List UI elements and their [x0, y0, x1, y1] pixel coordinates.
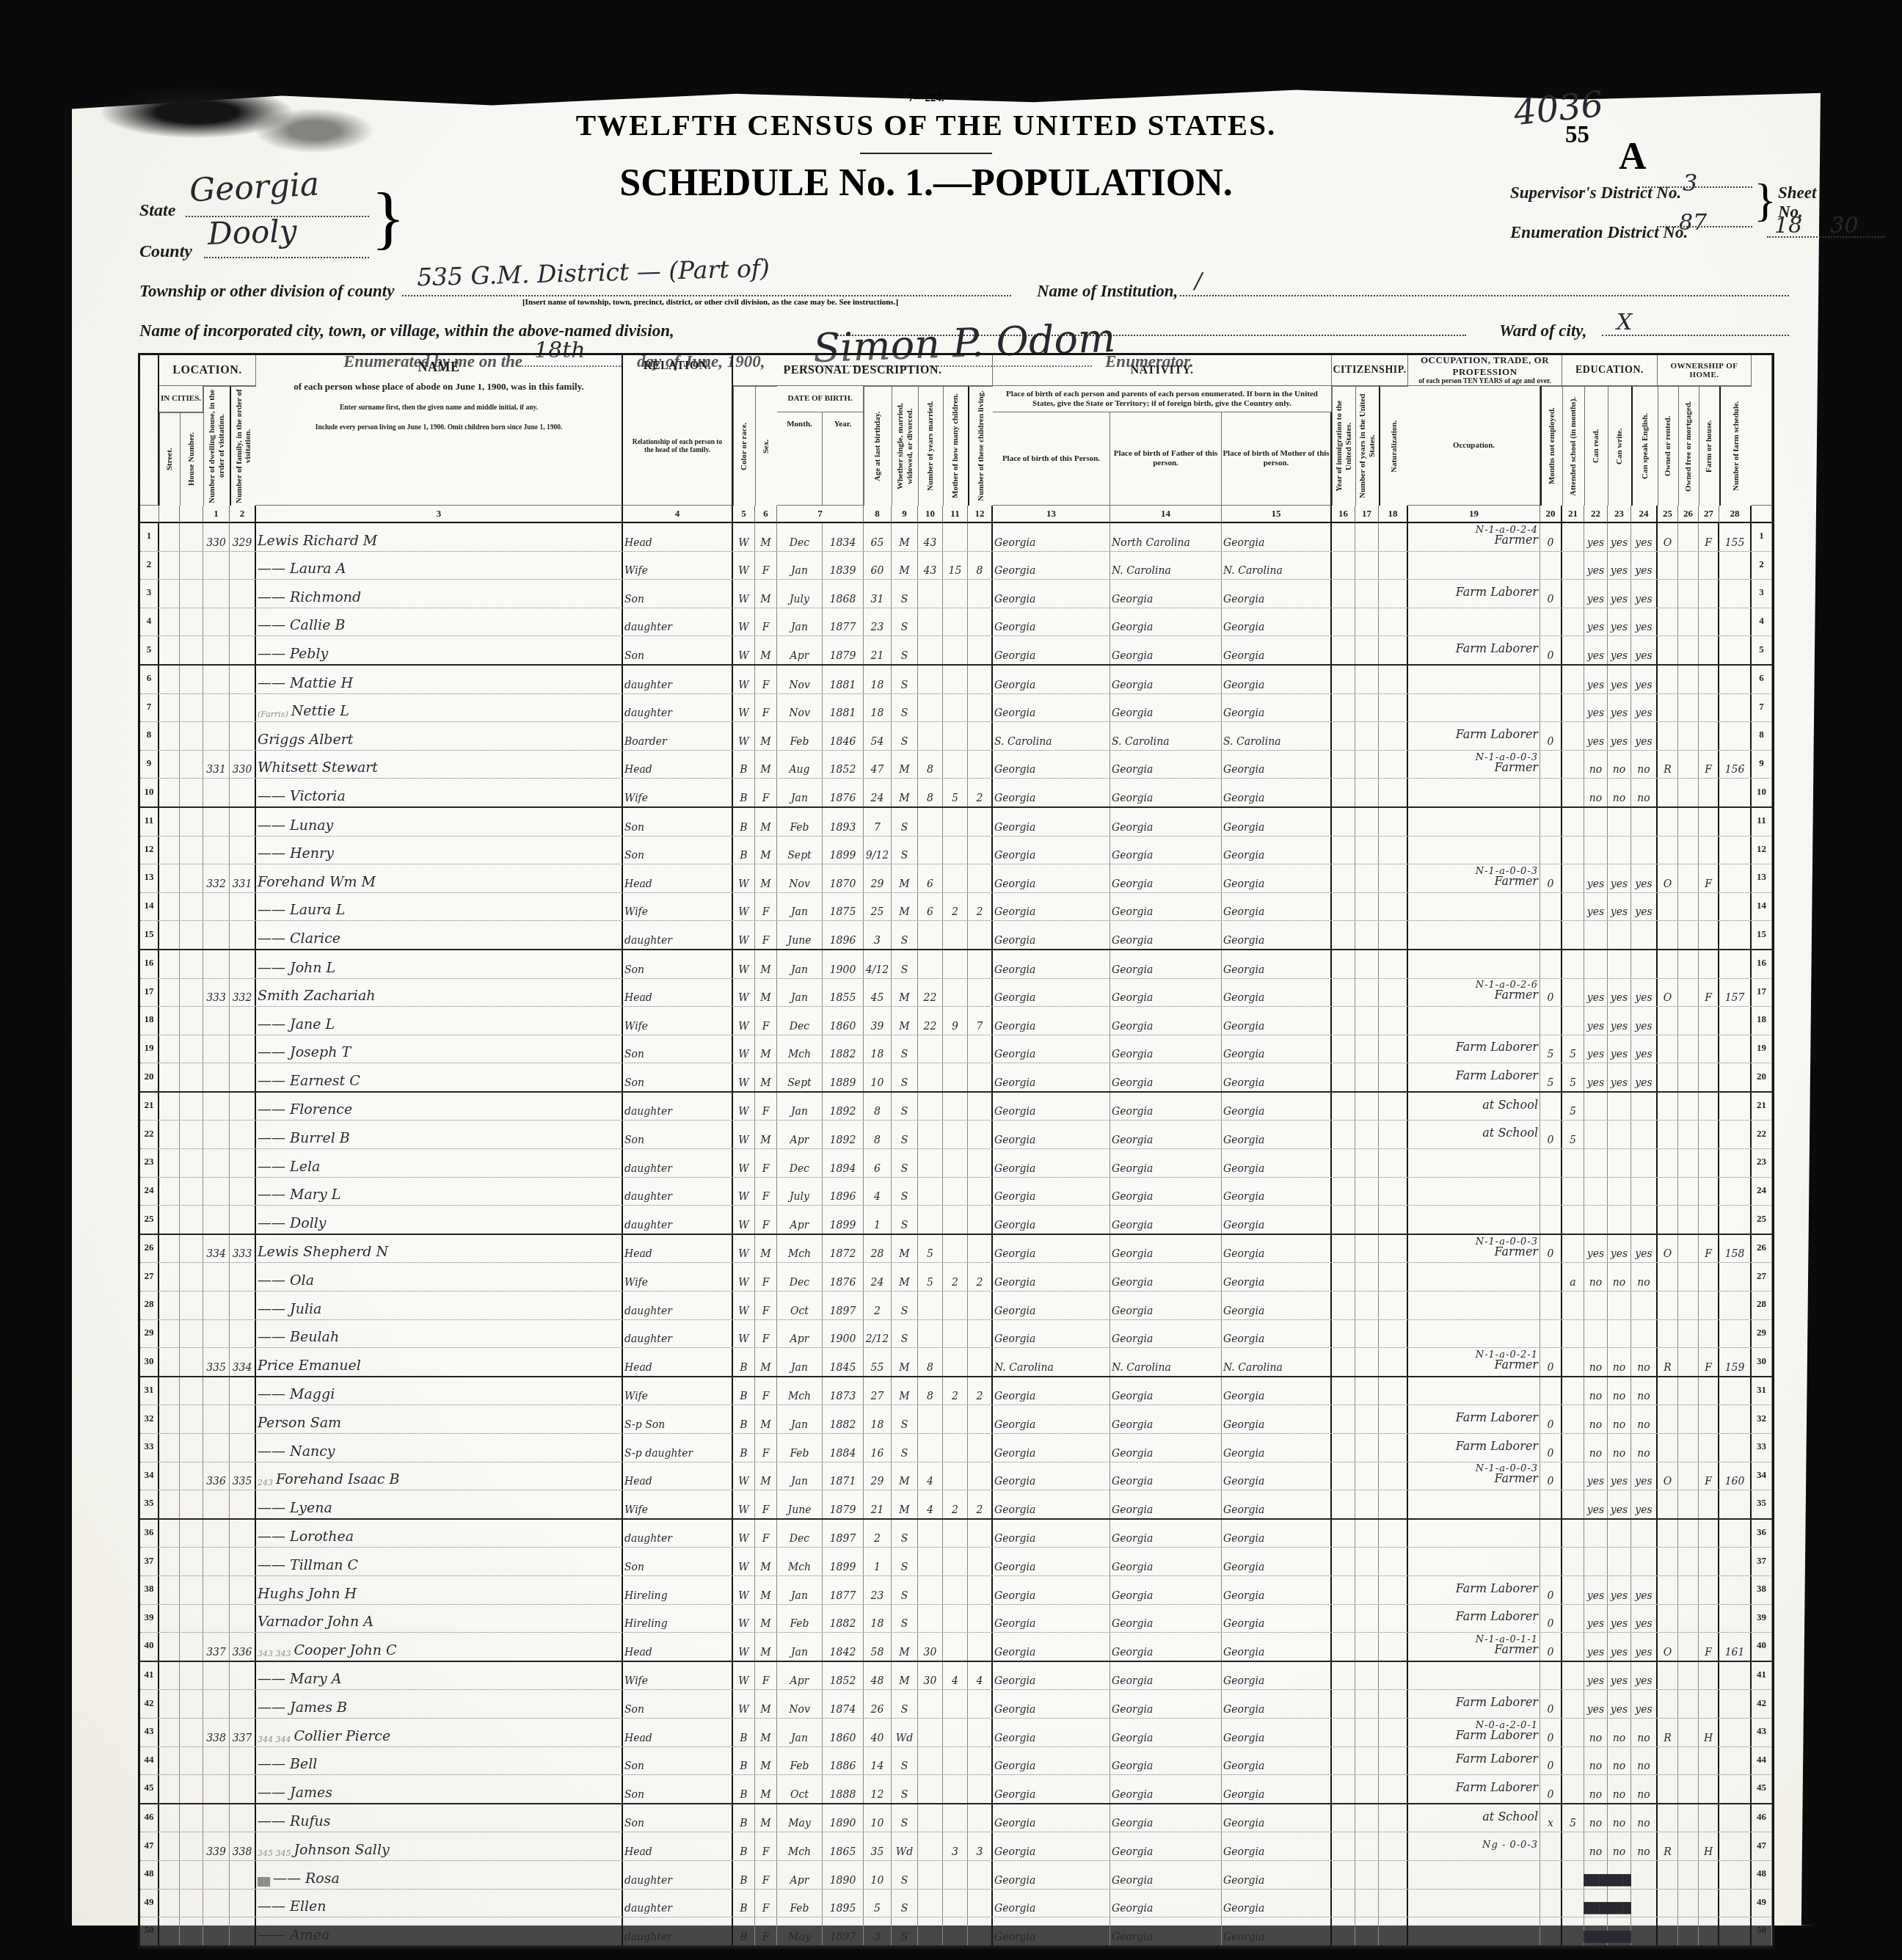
- cell-can-write: no: [1608, 779, 1631, 806]
- cell-age: 47: [864, 751, 892, 779]
- cell-mother-of-children: 4: [943, 1662, 968, 1690]
- line-number-right: 31: [1752, 1377, 1772, 1405]
- cell-can-read: [1584, 1292, 1608, 1319]
- cell-age: 18: [864, 666, 892, 693]
- cell-family-number: [230, 779, 256, 806]
- cell-farm-schedule: [1719, 893, 1752, 921]
- cell-can-write: [1608, 837, 1631, 864]
- person-name: Collier Pierce: [294, 1730, 391, 1744]
- cell-attended-school: [1562, 1605, 1584, 1633]
- cell-months-not-employed: 0: [1540, 1605, 1562, 1633]
- cell-farm-schedule: 156: [1719, 751, 1752, 779]
- cell-house-number: [180, 1206, 203, 1234]
- cell-house-number: [180, 552, 203, 580]
- cell-marital-status: S: [892, 694, 918, 722]
- cell-father-birthplace: Georgia: [1110, 1292, 1222, 1319]
- cell-can-write: [1608, 1178, 1631, 1206]
- cell-color: W: [733, 1035, 755, 1063]
- cell-dwelling-number: 333: [203, 979, 230, 1007]
- cell-relation: daughter: [623, 1917, 733, 1945]
- cell-house-number: [180, 779, 203, 806]
- cell-dwelling-number: [203, 1576, 230, 1604]
- cell-father-birthplace: Georgia: [1110, 1035, 1222, 1063]
- cell-family-number: [230, 1063, 256, 1091]
- cell-years-in-us: [1355, 608, 1379, 636]
- line-number-left: 50: [140, 1917, 159, 1945]
- cell-relation: daughter: [623, 1206, 733, 1234]
- cell-birth-month: Nov: [777, 864, 823, 892]
- cell-can-write: yes: [1608, 893, 1631, 921]
- cell-owned-rented: [1658, 921, 1678, 949]
- cell-months-not-employed: [1540, 1178, 1562, 1206]
- cell-farm-schedule: 155: [1719, 523, 1752, 551]
- cell-occupation: N-1-a-0-2-6Farmer: [1408, 979, 1540, 1007]
- census-scan-page: 7—224. TWELFTH CENSUS OF THE UNITED STAT…: [72, 79, 1821, 1926]
- cell-immigration-year: [1332, 1093, 1355, 1121]
- cell-can-speak-english: no: [1631, 1377, 1658, 1405]
- cell-relation: Hireling: [623, 1605, 733, 1633]
- cell-attended-school: [1562, 893, 1584, 921]
- cell-months-not-employed: 0: [1540, 1462, 1562, 1490]
- cell-birthplace: Georgia: [993, 751, 1110, 779]
- cell-can-speak-english: yes: [1631, 1035, 1658, 1063]
- cell-family-number: [230, 1917, 256, 1945]
- cell-house-number: [180, 1320, 203, 1348]
- page-title: TWELFTH CENSUS OF THE UNITED STATES.: [559, 107, 1293, 142]
- cell-years-in-us: [1355, 1377, 1379, 1405]
- cell-street: [159, 694, 180, 722]
- cell-birth-month: Dec: [777, 1149, 823, 1177]
- cell-occupation: [1408, 1662, 1540, 1690]
- cell-farm-house: F: [1699, 979, 1719, 1007]
- cell-family-number: [230, 1861, 256, 1889]
- marital-header: Whether single, married, widowed, or div…: [892, 386, 918, 506]
- cell-naturalization: [1379, 1775, 1408, 1803]
- cell-street: [159, 1633, 180, 1661]
- scan-artifact: [255, 109, 373, 153]
- cell-family-number: 333: [230, 1235, 256, 1263]
- cell-farm-house: [1699, 1263, 1719, 1291]
- cell-father-birthplace: Georgia: [1110, 1917, 1222, 1945]
- cell-immigration-year: [1332, 1462, 1355, 1490]
- cell-years-married: 30: [918, 1662, 943, 1690]
- cell-children-living: [968, 1292, 993, 1319]
- cell-birthplace: N. Carolina: [993, 1348, 1110, 1376]
- cell-can-speak-english: no: [1631, 1434, 1658, 1462]
- cell-farm-schedule: [1719, 1832, 1752, 1860]
- cell-occupation: [1408, 608, 1540, 636]
- cell-mother-of-children: [943, 1121, 968, 1148]
- cell-can-read: yes: [1584, 523, 1608, 551]
- cell-mother-of-children: [943, 1206, 968, 1234]
- relation-title: RELATION.: [644, 360, 712, 373]
- cell-months-not-employed: [1540, 608, 1562, 636]
- cell-months-not-employed: 0: [1540, 1576, 1562, 1604]
- cell-can-read: yes: [1584, 1462, 1608, 1490]
- cell-house-number: [180, 1121, 203, 1148]
- cell-can-read: yes: [1584, 1633, 1608, 1661]
- cell-mother-of-children: [943, 1576, 968, 1604]
- cell-sex: F: [755, 1520, 777, 1548]
- cell-can-read: yes: [1584, 1662, 1608, 1690]
- cell-years-married: [918, 580, 943, 608]
- cell-name: Griggs Albert: [256, 722, 623, 750]
- cell-children-living: [968, 722, 993, 750]
- cell-name: —— Callie B: [256, 608, 623, 636]
- cell-birth-year: 1874: [823, 1690, 864, 1718]
- occupation-value: Farmer: [1495, 1644, 1539, 1655]
- cell-months-not-employed: 0: [1540, 580, 1562, 608]
- cell-name: —— Jane L: [256, 1007, 623, 1035]
- cell-marital-status: S: [892, 837, 918, 864]
- cell-family-number: 337: [230, 1719, 256, 1746]
- occupation-value: Farm Laborer: [1456, 586, 1538, 598]
- table-row: 29—— BeulahdaughterWFApr19002/12SGeorgia…: [140, 1320, 1772, 1349]
- cell-dwelling-number: [203, 1804, 230, 1832]
- person-name: —— Tillman C: [258, 1559, 358, 1573]
- cell-sex: M: [755, 1747, 777, 1775]
- cell-dwelling-number: [203, 893, 230, 921]
- cell-sex: F: [755, 1263, 777, 1291]
- fill-line: [1642, 186, 1752, 188]
- cell-birthplace: Georgia: [993, 694, 1110, 722]
- cell-months-not-employed: [1540, 950, 1562, 978]
- cell-months-not-employed: [1540, 837, 1562, 864]
- cell-owned-rented: R: [1658, 1719, 1678, 1746]
- cell-birthplace: Georgia: [993, 1206, 1110, 1234]
- person-name: —— Jane L: [258, 1018, 335, 1032]
- cell-birth-year: 1855: [823, 979, 864, 1007]
- cell-name: —— Richmond: [256, 580, 623, 608]
- cell-can-speak-english: [1631, 921, 1658, 949]
- cell-name: —— Tillman C: [256, 1548, 623, 1575]
- cell-years-married: [918, 1178, 943, 1206]
- cell-farm-schedule: [1719, 1121, 1752, 1148]
- person-name: —— Beulah: [258, 1330, 339, 1344]
- cell-can-read: yes: [1584, 1490, 1608, 1518]
- cell-attended-school: [1562, 1462, 1584, 1490]
- cell-children-living: [968, 636, 993, 664]
- cell-farm-house: [1699, 1775, 1719, 1803]
- cell-years-married: [918, 1206, 943, 1234]
- can-read-header: Can read.: [1584, 386, 1608, 506]
- cell-birthplace: Georgia: [993, 1917, 1110, 1945]
- cell-can-read: no: [1584, 1804, 1608, 1832]
- cell-name: 343 343Cooper John C: [256, 1633, 623, 1661]
- table-row: 12—— HenrySonBMSept18999/12SGeorgiaGeorg…: [140, 837, 1772, 865]
- cell-relation: Son: [623, 1775, 733, 1803]
- cell-mother-of-children: 9: [943, 1007, 968, 1035]
- cell-dwelling-number: [203, 580, 230, 608]
- cell-mother-birthplace: Georgia: [1222, 1292, 1332, 1319]
- person-name: Cooper John C: [294, 1644, 397, 1658]
- cell-street: [159, 1861, 180, 1889]
- cell-father-birthplace: Georgia: [1110, 1605, 1222, 1633]
- cell-can-write: [1608, 808, 1631, 836]
- cell-naturalization: [1379, 666, 1408, 693]
- cell-farm-house: [1699, 1434, 1719, 1462]
- cell-occupation: [1408, 1292, 1540, 1319]
- colnum-cell: 7: [777, 506, 864, 523]
- table-row: 11—— LunaySonBMFeb18937SGeorgiaGeorgiaGe…: [140, 808, 1772, 837]
- cell-children-living: [968, 694, 993, 722]
- cell-farm-house: [1699, 1149, 1719, 1177]
- cell-birth-month: Nov: [777, 666, 823, 693]
- cell-farm-house: [1699, 666, 1719, 693]
- table-row: 8Griggs AlbertBoarderWMFeb184654SS. Caro…: [140, 722, 1772, 751]
- colnum-cell: [1752, 506, 1772, 523]
- colnum-cell: 28: [1719, 506, 1752, 523]
- cell-house-number: [180, 1548, 203, 1575]
- cell-birth-year: 1899: [823, 1206, 864, 1234]
- cell-can-write: no: [1608, 1434, 1631, 1462]
- cell-street: [159, 1434, 180, 1462]
- cell-street: [159, 979, 180, 1007]
- cell-farm-house: [1699, 921, 1719, 949]
- cell-owned-free: [1678, 751, 1699, 779]
- table-row: 17333332Smith ZachariahHeadWMJan185545M2…: [140, 979, 1772, 1008]
- name-sub3: Include every person living on June 1, 1…: [316, 424, 563, 432]
- cell-age: 16: [864, 1434, 892, 1462]
- cell-years-in-us: [1355, 1320, 1379, 1348]
- cell-family-number: 332: [230, 979, 256, 1007]
- cell-birth-month: Dec: [777, 1007, 823, 1035]
- cell-can-read: no: [1584, 1719, 1608, 1746]
- cell-relation: daughter: [623, 666, 733, 693]
- cell-dwelling-number: 339: [203, 1832, 230, 1860]
- cell-owned-free: [1678, 1320, 1699, 1348]
- brace: }: [371, 176, 405, 258]
- cell-mother-of-children: 2: [943, 893, 968, 921]
- cell-marital-status: M: [892, 751, 918, 779]
- cell-color: B: [733, 751, 755, 779]
- cell-birth-month: Jan: [777, 950, 823, 978]
- table-row: 7(Farris)Nettie LdaughterWFNov188118SGeo…: [140, 694, 1772, 723]
- cell-children-living: [968, 864, 993, 892]
- person-name: —— Joseph T: [258, 1046, 351, 1060]
- cell-farm-house: [1699, 636, 1719, 664]
- cell-birthplace: S. Carolina: [993, 722, 1110, 750]
- cell-children-living: [968, 808, 993, 836]
- cell-attended-school: [1562, 1178, 1584, 1206]
- cell-can-read: [1584, 921, 1608, 949]
- cell-birthplace: Georgia: [993, 1890, 1110, 1917]
- cell-immigration-year: [1332, 608, 1355, 636]
- cell-sex: F: [755, 1490, 777, 1518]
- occupation-header: Occupation.: [1408, 386, 1540, 506]
- cell-owned-free: [1678, 979, 1699, 1007]
- cell-occupation: Farm Laborer: [1408, 1747, 1540, 1775]
- cell-name: —— Henry: [256, 837, 623, 864]
- cell-naturalization: [1379, 1633, 1408, 1661]
- cell-birthplace: Georgia: [993, 1605, 1110, 1633]
- cell-age: 14: [864, 1747, 892, 1775]
- cell-months-not-employed: 0: [1540, 1121, 1562, 1148]
- pencil-annotation: (Farris): [258, 710, 288, 718]
- colnum-cell: 20: [1540, 506, 1562, 523]
- cell-marital-status: S: [892, 1434, 918, 1462]
- person-name: —— James B: [258, 1701, 347, 1715]
- cell-farm-house: [1699, 1548, 1719, 1575]
- cell-relation: daughter: [623, 921, 733, 949]
- cell-birth-year: 1877: [823, 608, 864, 636]
- line-number-left: 47: [140, 1832, 159, 1860]
- cell-can-speak-english: [1631, 837, 1658, 864]
- cell-name: —— Pebly: [256, 636, 623, 664]
- cell-owned-free: [1678, 1804, 1699, 1832]
- cell-can-speak-english: yes: [1631, 893, 1658, 921]
- cell-owned-free: [1678, 523, 1699, 551]
- cell-father-birthplace: Georgia: [1110, 1121, 1222, 1148]
- cell-occupation: [1408, 808, 1540, 836]
- color-header: Color or race.: [733, 386, 755, 506]
- cell-family-number: 330: [230, 751, 256, 779]
- cell-family-number: [230, 1035, 256, 1063]
- cell-mother-of-children: [943, 1462, 968, 1490]
- cell-naturalization: [1379, 1719, 1408, 1746]
- cell-farm-house: [1699, 950, 1719, 978]
- house-number-header: House Number.: [180, 412, 203, 506]
- cell-house-number: [180, 1348, 203, 1376]
- cell-mother-of-children: [943, 1035, 968, 1063]
- table-row: 16—— John LSonWMJan19004/12SGeorgiaGeorg…: [140, 950, 1772, 979]
- cell-street: [159, 1320, 180, 1348]
- cell-name: Hughs John H: [256, 1576, 623, 1604]
- cell-street: [159, 1093, 180, 1121]
- cell-birth-month: May: [777, 1804, 823, 1832]
- cell-owned-free: [1678, 1206, 1699, 1234]
- cell-house-number: [180, 921, 203, 949]
- cell-children-living: 2: [968, 779, 993, 806]
- cell-years-in-us: [1355, 893, 1379, 921]
- cell-owned-free: [1678, 608, 1699, 636]
- cell-house-number: [180, 1804, 203, 1832]
- cell-color: B: [733, 779, 755, 806]
- cell-years-married: 43: [918, 552, 943, 580]
- cell-birth-month: Sept: [777, 1063, 823, 1091]
- cell-birthplace: Georgia: [993, 580, 1110, 608]
- cell-birth-month: Dec: [777, 1263, 823, 1291]
- cell-street: [159, 921, 180, 949]
- cell-owned-free: [1678, 1890, 1699, 1917]
- cell-dwelling-number: 336: [203, 1462, 230, 1490]
- cell-age: 10: [864, 1861, 892, 1889]
- cell-birthplace: Georgia: [993, 1861, 1110, 1889]
- cell-immigration-year: [1332, 1292, 1355, 1319]
- cell-attended-school: [1562, 1434, 1584, 1462]
- colnum-cell: 9: [892, 506, 918, 523]
- person-name: —— Earnest C: [258, 1074, 360, 1088]
- table-row: 14—— Laura LWifeWFJan187525M622GeorgiaGe…: [140, 893, 1772, 922]
- cell-attended-school: [1562, 1576, 1584, 1604]
- cell-immigration-year: [1332, 1832, 1355, 1860]
- cell-age: 6: [864, 1149, 892, 1177]
- cell-months-not-employed: 0: [1540, 636, 1562, 664]
- cell-occupation: N-0-a-2-0-1Farm Laborer: [1408, 1719, 1540, 1746]
- cell-owned-free: [1678, 1434, 1699, 1462]
- cell-house-number: [180, 1520, 203, 1548]
- cell-mother-birthplace: S. Carolina: [1222, 722, 1332, 750]
- cell-can-write: [1608, 921, 1631, 949]
- cell-farm-schedule: [1719, 1804, 1752, 1832]
- cell-age: 26: [864, 1690, 892, 1718]
- cell-owned-free: [1678, 1348, 1699, 1376]
- cell-age: 58: [864, 1633, 892, 1661]
- cell-house-number: [180, 1178, 203, 1206]
- cell-birth-month: Jan: [777, 1462, 823, 1490]
- occupation-value: Farm Laborer: [1456, 1041, 1538, 1053]
- cell-dwelling-number: [203, 1149, 230, 1177]
- cell-can-speak-english: yes: [1631, 722, 1658, 750]
- person-name: —— Florence: [258, 1103, 352, 1117]
- cell-birthplace: Georgia: [993, 1093, 1110, 1121]
- cell-age: 23: [864, 608, 892, 636]
- cell-dwelling-number: 338: [203, 1719, 230, 1746]
- cell-color: B: [733, 1804, 755, 1832]
- cell-children-living: [968, 1063, 993, 1091]
- cell-mother-of-children: 2: [943, 1490, 968, 1518]
- cell-immigration-year: [1332, 1320, 1355, 1348]
- cell-mother-birthplace: Georgia: [1222, 666, 1332, 693]
- cell-family-number: 329: [230, 523, 256, 551]
- cell-birthplace: Georgia: [993, 1320, 1110, 1348]
- cell-months-not-employed: [1540, 1263, 1562, 1291]
- cell-can-speak-english: yes: [1631, 864, 1658, 892]
- cell-street: [159, 1405, 180, 1433]
- cell-attended-school: [1562, 979, 1584, 1007]
- cell-street: [159, 636, 180, 664]
- cell-years-in-us: [1355, 1890, 1379, 1917]
- cell-father-birthplace: Georgia: [1110, 779, 1222, 806]
- cell-months-not-employed: 0: [1540, 1775, 1562, 1803]
- cell-birthplace: Georgia: [993, 1719, 1110, 1746]
- cell-age: 2/12: [864, 1320, 892, 1348]
- person-name: —— Pebly: [258, 647, 328, 661]
- cell-age: 24: [864, 779, 892, 806]
- cell-occupation: [1408, 1490, 1540, 1518]
- cell-months-not-employed: 0: [1540, 979, 1562, 1007]
- cell-naturalization: [1379, 1861, 1408, 1889]
- cell-dwelling-number: [203, 1206, 230, 1234]
- colnum-cell: [180, 506, 203, 523]
- cell-mother-of-children: [943, 1434, 968, 1462]
- cell-occupation: N-1-a-0-1-1Farmer: [1408, 1633, 1540, 1661]
- cell-marital-status: Wd: [892, 1719, 918, 1746]
- cell-attended-school: [1562, 1377, 1584, 1405]
- cell-father-birthplace: Georgia: [1110, 979, 1222, 1007]
- cell-can-read: [1584, 808, 1608, 836]
- cell-years-married: [918, 1320, 943, 1348]
- cell-color: W: [733, 1633, 755, 1661]
- cell-birth-month: Oct: [777, 1775, 823, 1803]
- cell-owned-rented: [1658, 1093, 1678, 1121]
- cell-owned-rented: [1658, 722, 1678, 750]
- cell-color: W: [733, 893, 755, 921]
- cell-immigration-year: [1332, 979, 1355, 1007]
- cell-house-number: [180, 893, 203, 921]
- cell-years-married: [918, 1861, 943, 1889]
- occupation-value: Farmer: [1495, 1359, 1539, 1371]
- cell-relation: Son: [623, 1804, 733, 1832]
- table-row: 21—— FlorencedaughterWFJan18928SGeorgiaG…: [140, 1093, 1772, 1121]
- line-number-right: 5: [1752, 636, 1772, 664]
- cell-color: W: [733, 1690, 755, 1718]
- cell-birth-year: 1896: [823, 1178, 864, 1206]
- cell-naturalization: [1379, 1093, 1408, 1121]
- cell-children-living: 2: [968, 1377, 993, 1405]
- cell-birthplace: Georgia: [993, 808, 1110, 836]
- cell-farm-house: [1699, 893, 1719, 921]
